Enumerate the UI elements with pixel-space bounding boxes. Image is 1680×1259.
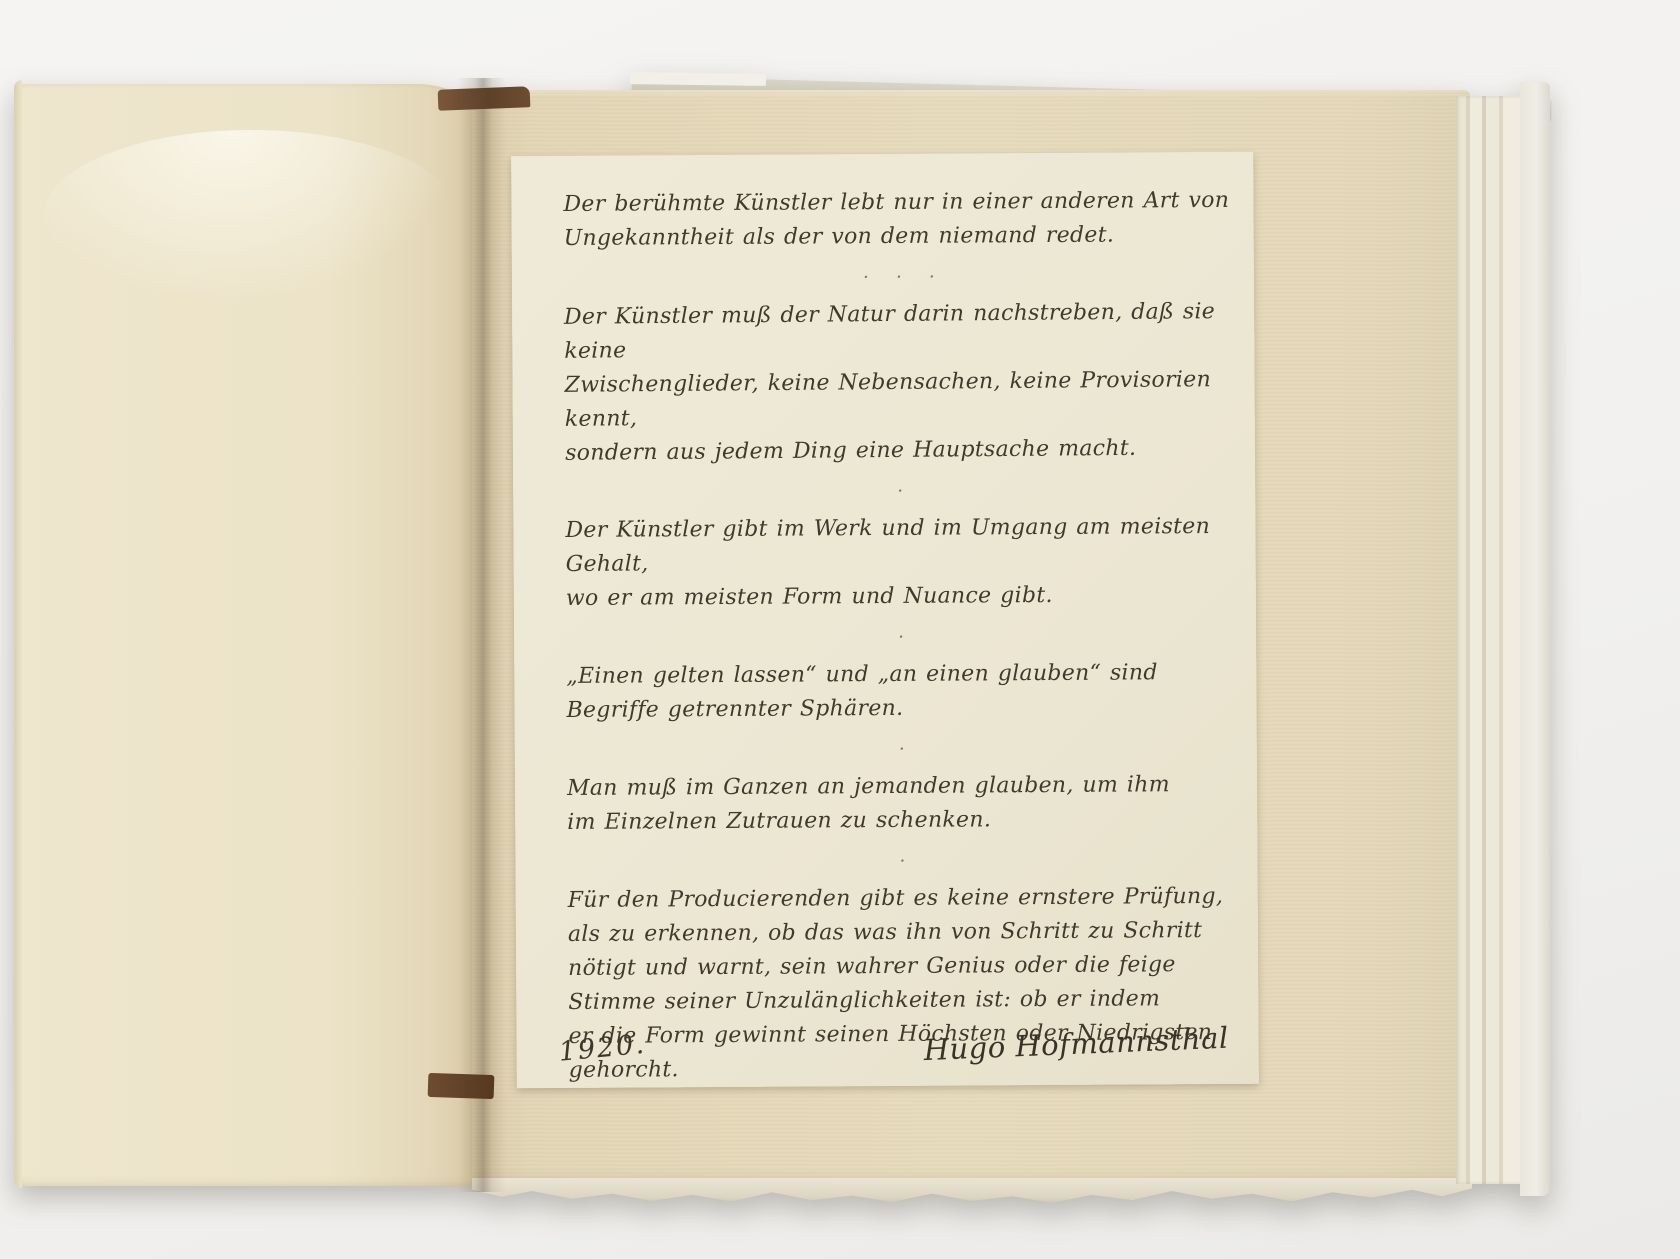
aphorism-paragraph: „Einen gelten lassen“ und „an einen glau… xyxy=(566,656,1236,728)
separator-dots: · xyxy=(567,840,1237,884)
handwritten-line: als zu erkennen, ob das was ihn von Schr… xyxy=(568,914,1238,952)
aphorism-paragraph: Man muß im Ganzen an jemanden glauben, u… xyxy=(567,768,1237,840)
signature: Hugo Hofmannsthal xyxy=(923,1021,1229,1067)
handwritten-line: nötigt und warnt, sein wahrer Genius ode… xyxy=(568,948,1238,986)
handwritten-line: sondern aus jedem Ding eine Hauptsache m… xyxy=(565,431,1235,471)
left-page-edge xyxy=(14,80,22,1188)
handwritten-line: Für den Producierenden gibt es keine ern… xyxy=(568,880,1238,918)
handwritten-line: Der Künstler muß der Natur darin nachstr… xyxy=(564,295,1235,369)
manuscript-sheet: Der berühmte Künstler lebt nur in einer … xyxy=(511,152,1259,1089)
aphorism-paragraph: Der Künstler muß der Natur darin nachstr… xyxy=(564,295,1235,471)
spine-leather-top xyxy=(438,86,531,111)
handwritten-line: Ungekanntheit als der von dem niemand re… xyxy=(564,218,1234,256)
handwritten-line: Zwischenglieder, keine Nebensachen, kein… xyxy=(564,363,1235,437)
spine-leather-bottom xyxy=(428,1073,495,1099)
handwritten-text: Der berühmte Künstler lebt nur in einer … xyxy=(563,184,1239,1092)
handwritten-line: „Einen gelten lassen“ und „an einen glau… xyxy=(566,656,1236,694)
handwritten-line: Stimme seiner Unzulänglichkeiten ist: ob… xyxy=(568,982,1238,1020)
right-deckled-fore-edge xyxy=(1456,96,1522,1184)
date-inscription: 1920. xyxy=(557,1029,647,1068)
handwritten-line: im Einzelnen Zutrauen zu schenken. xyxy=(567,802,1237,840)
page-curl-highlight xyxy=(44,130,458,300)
right-cover-board-edge xyxy=(1520,82,1550,1196)
left-blank-page xyxy=(14,84,472,1186)
bottom-deckled-edge xyxy=(472,1178,1472,1204)
separator-dots: · · · xyxy=(564,256,1234,300)
handwritten-line: Man muß im Ganzen an jemanden glauben, u… xyxy=(567,768,1237,806)
paper-tab xyxy=(630,72,766,86)
separator-dots: · xyxy=(567,728,1237,772)
handwritten-line: Begriffe getrennter Sphären. xyxy=(566,690,1236,728)
handwritten-line: Der berühmte Künstler lebt nur in einer … xyxy=(563,184,1233,222)
photo-background: Der berühmte Künstler lebt nur in einer … xyxy=(0,0,1680,1259)
open-book: Der berühmte Künstler lebt nur in einer … xyxy=(14,74,1548,1196)
book-gutter-shadow xyxy=(458,78,506,1192)
sheet-footer: 1920. Hugo Hofmannsthal xyxy=(558,1026,1228,1064)
aphorism-paragraph: Der Künstler gibt im Werk und im Umgang … xyxy=(565,510,1236,616)
separator-dots: · xyxy=(566,616,1236,660)
handwritten-line: Der Künstler gibt im Werk und im Umgang … xyxy=(565,510,1235,582)
handwritten-line: wo er am meisten Form und Nuance gibt. xyxy=(566,578,1236,616)
aphorism-paragraph: Der berühmte Künstler lebt nur in einer … xyxy=(563,184,1233,256)
separator-dots: · xyxy=(565,470,1235,514)
